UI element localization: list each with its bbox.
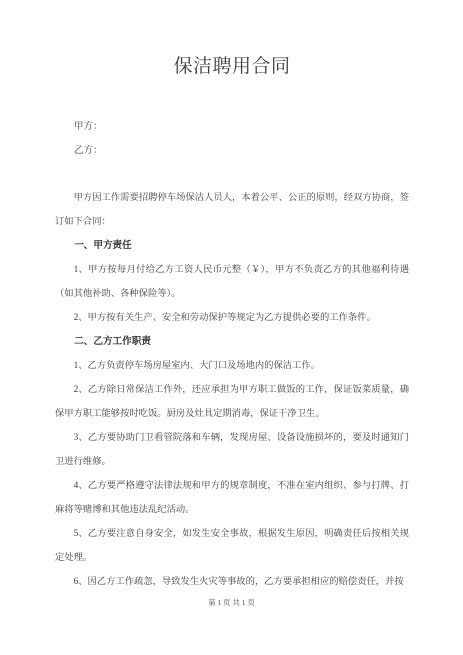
- section-2-clause-3: 3、乙方要协助门卫看管院落和车辆，发现房屋、设备设施损坏的，要及时通知门卫进行维…: [55, 426, 409, 474]
- party-b-line: 乙方：: [55, 139, 409, 163]
- section-2-clause-2: 2、乙方除日常保洁工作外，还应承担为甲方职工做饭的工作，保证饭菜质量，确保甲方职…: [55, 378, 409, 426]
- page-number-footer: 第 1 页 共 1 页: [0, 598, 463, 608]
- section-2-clause-6: 6、因乙方工作疏忽，导致发生火灾等事故的，乙方要承担相应的赔偿责任，并按: [55, 570, 409, 594]
- section-1-heading: 一、甲方责任: [55, 234, 409, 258]
- section-2-clause-4: 4、乙方要严格遵守法律法规和甲方的规章制度，不准在室内组织、参与打牌、打麻将等赌…: [55, 474, 409, 522]
- section-2-heading: 二、乙方工作职责: [55, 330, 409, 354]
- document-page: 保洁聘用合同 甲方： 乙方： 甲方因工作需要招聘停车场保洁人员人，本着公平、公正…: [0, 0, 463, 655]
- section-2-clause-5: 5、乙方要注意自身安全，如发生安全事故，根据发生原因，明确责任后按相关规定处理。: [55, 522, 409, 570]
- party-a-line: 甲方：: [55, 115, 409, 139]
- intro-paragraph: 甲方因工作需要招聘停车场保洁人员人，本着公平、公正的原则，经双方协商，签订如下合…: [55, 186, 409, 234]
- section-1-clause-2: 2、甲方按有关生产、安全和劳动保护等规定为乙方提供必要的工作条件。: [55, 306, 409, 330]
- section-1-clause-1: 1、甲方按每月付给乙方工资人民币元整（￥），甲方不负责乙方的其他福利待遇（如其他…: [55, 258, 409, 306]
- section-2-clause-1: 1、乙方负责停车场房屋室内、大门口及场地内的保洁工作。: [55, 354, 409, 378]
- document-title: 保洁聘用合同: [55, 56, 409, 78]
